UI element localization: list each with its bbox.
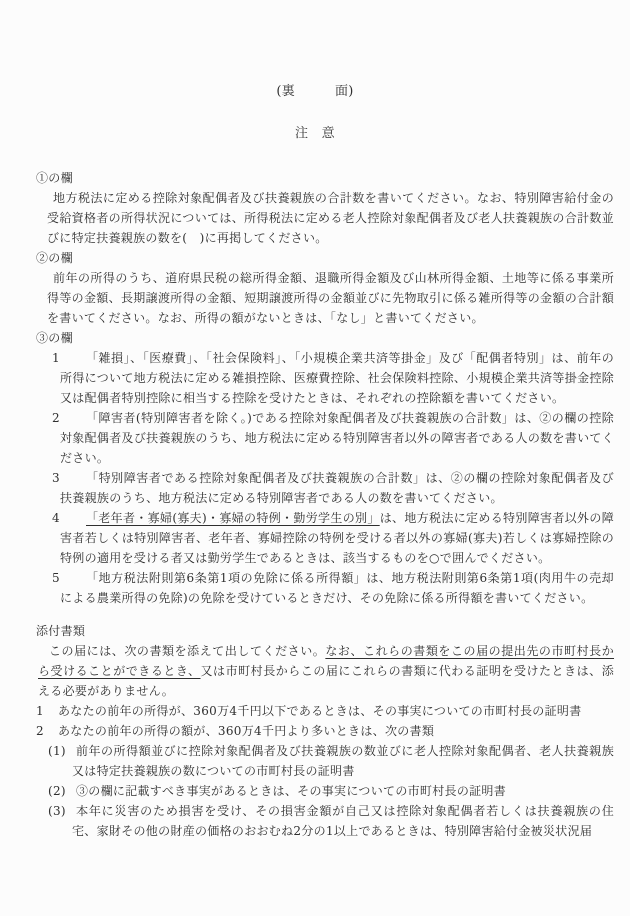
document-page: (裏 面) 注 意 ①の欄 地方税法に定める控除対象配偶者及び扶養親族の合計数を…: [0, 0, 630, 916]
attachment-subitem-3-text: 本年に災害のため損害を受け、その損害金額が自己又は控除対象配偶者若しくは扶養親族…: [72, 804, 614, 838]
column-3-item-4-number: 4: [52, 508, 60, 528]
attachment-subitem-3-number: (3): [48, 801, 66, 821]
section-column-3: ③の欄 1「雑損」、「医療費」、「社会保険料」、「小規模企業共済等掛金」及び「配…: [36, 328, 614, 608]
column-3-item-2-text: 「障害者(特別障害者を除く。)である控除対象配偶者及び扶養親族の合計数」は、②の…: [60, 411, 614, 465]
column-3-item-2: 2「障害者(特別障害者を除く。)である控除対象配偶者及び扶養親族の合計数」は、②…: [36, 408, 614, 468]
attachment-subitem-2: (2)③の欄に記載すべき事実があるときは、その事実についての市町村長の証明書: [36, 781, 614, 801]
column-3-item-1-text: 「雑損」、「医療費」、「社会保険料」、「小規模企業共済等掛金」及び「配偶者特別」…: [60, 351, 614, 405]
section-column-2-text: 前年の所得のうち、道府県民税の総所得金額、退職所得金額及び山林所得金額、土地等に…: [36, 268, 614, 328]
section-column-2: ②の欄 前年の所得のうち、道府県民税の総所得金額、退職所得金額及び山林所得金額、…: [36, 248, 614, 328]
column-3-item-1: 1「雑損」、「医療費」、「社会保険料」、「小規模企業共済等掛金」及び「配偶者特別…: [36, 348, 614, 408]
column-3-item-3: 3「特別障害者である控除対象配偶者及び扶養親族の合計数」は、②の欄の控除対象配偶…: [36, 468, 614, 508]
attachment-item-2-text: あなたの前年の所得の額が、360万4千円より多いときは、次の書類: [58, 724, 434, 738]
attachment-subitem-3: (3)本年に災害のため損害を受け、その損害金額が自己又は控除対象配偶者若しくは扶…: [36, 801, 614, 841]
column-3-item-3-text: 「特別障害者である控除対象配偶者及び扶養親族の合計数」は、②の欄の控除対象配偶者…: [60, 471, 614, 505]
column-3-item-5: 5「地方税法附則第6条第1項の免除に係る所得額」は、地方税法附則第6条第1項(肉…: [36, 568, 614, 608]
attachments-section: 添付書類 この届には、次の書類を添えて出してください。なお、これらの書類をこの届…: [36, 621, 614, 841]
section-column-1-label: ①の欄: [36, 168, 614, 188]
attachments-label: 添付書類: [36, 621, 614, 641]
notice-heading: 注 意: [36, 126, 594, 141]
attachment-item-1: 1あなたの前年の所得が、360万4千円以下であるときは、その事実についての市町村…: [36, 701, 614, 721]
column-3-item-3-number: 3: [52, 468, 60, 488]
attachment-item-2: 2あなたの前年の所得の額が、360万4千円より多いときは、次の書類: [36, 721, 614, 741]
attachments-intro: この届には、次の書類を添えて出してください。なお、これらの書類をこの届の提出先の…: [36, 641, 614, 701]
section-column-1: ①の欄 地方税法に定める控除対象配偶者及び扶養親族の合計数を書いてください。なお…: [36, 168, 614, 248]
column-3-item-5-text: 「地方税法附則第6条第1項の免除に係る所得額」は、地方税法附則第6条第1項(肉用…: [60, 571, 614, 605]
attachment-item-2-number: 2: [36, 721, 44, 741]
section-column-3-label: ③の欄: [36, 328, 614, 348]
section-column-2-label: ②の欄: [36, 248, 614, 268]
column-3-item-1-number: 1: [52, 348, 60, 368]
attachment-item-1-text: あなたの前年の所得が、360万4千円以下であるときは、その事実についての市町村長…: [58, 704, 582, 718]
column-3-item-2-number: 2: [52, 408, 60, 428]
page-side-title: (裏 面): [36, 84, 594, 99]
column-3-item-5-number: 5: [52, 568, 60, 588]
attachment-subitem-1-number: (1): [48, 741, 66, 761]
notice-body: ①の欄 地方税法に定める控除対象配偶者及び扶養親族の合計数を書いてください。なお…: [36, 168, 614, 841]
column-3-item-4-underlined-term: 「老年者・寡婦(寡夫)・寡婦の特例・勤労学生の別」: [86, 511, 380, 525]
attachment-subitem-2-text: ③の欄に記載すべき事実があるときは、その事実についての市町村長の証明書: [76, 784, 506, 798]
attachment-item-1-number: 1: [36, 701, 44, 721]
attachment-subitem-1: (1)前年の所得額並びに控除対象配偶者及び扶養親族の数並びに老人控除対象配偶者、…: [36, 741, 614, 781]
column-3-item-4: 4「老年者・寡婦(寡夫)・寡婦の特例・勤労学生の別」は、地方税法に定める特別障害…: [36, 508, 614, 568]
attachment-subitem-2-number: (2): [48, 781, 66, 801]
attachment-subitem-1-text: 前年の所得額並びに控除対象配偶者及び扶養親族の数並びに老人控除対象配偶者、老人扶…: [72, 744, 614, 778]
attachments-intro-pre: この届には、次の書類を添えて出してください。: [49, 644, 325, 658]
section-column-1-text: 地方税法に定める控除対象配偶者及び扶養親族の合計数を書いてください。なお、特別障…: [36, 188, 614, 248]
